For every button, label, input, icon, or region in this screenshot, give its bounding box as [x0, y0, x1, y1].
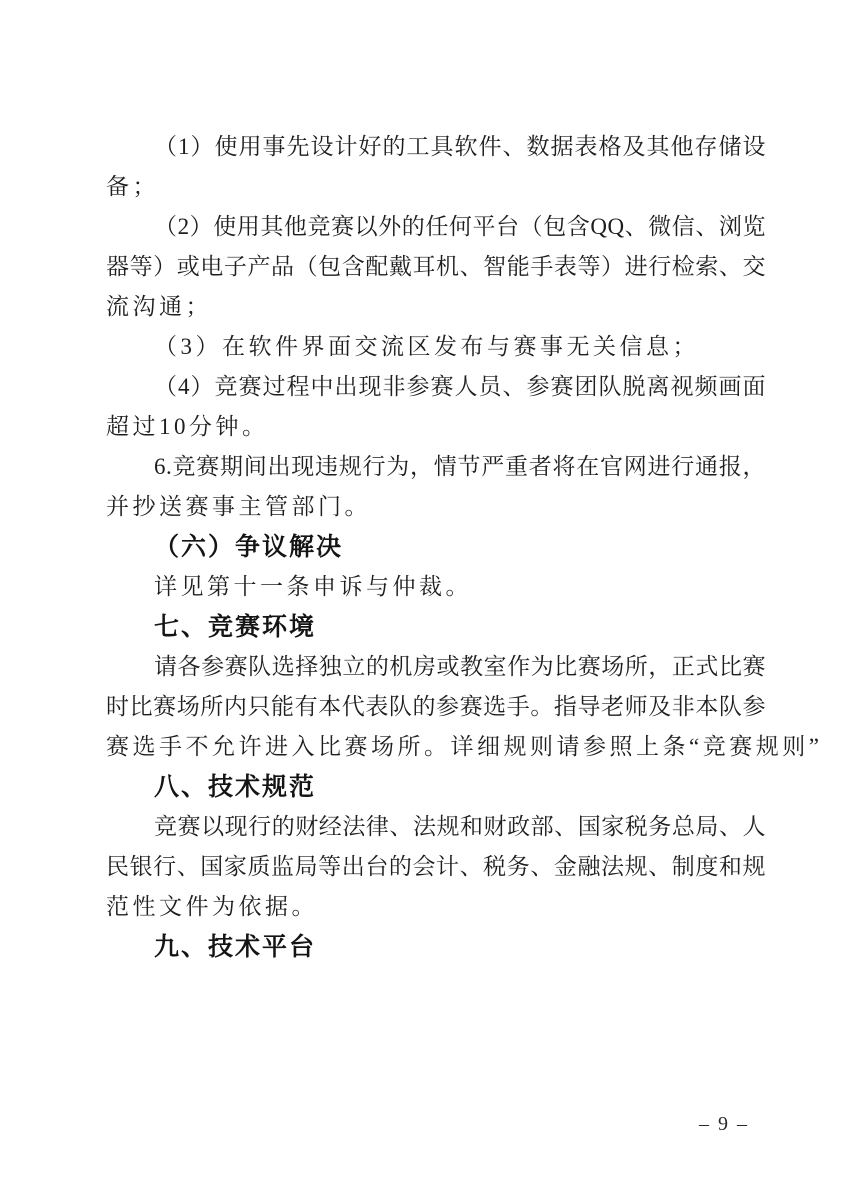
section-heading-technical-standards: 八、技术规范 — [106, 767, 766, 807]
body-text-line: 器等）或电子产品（包含配戴耳机、智能手表等）进行检索、交 — [106, 247, 766, 287]
body-text-line: 时比赛场所内只能有本代表队的参赛选手。指导老师及非本队参 — [106, 687, 766, 727]
body-text-line: 详见第十一条申诉与仲裁。 — [106, 567, 766, 607]
body-text-line: 赛选手不允许进入比赛场所。详细规则请参照上条“竞赛规则” — [106, 727, 766, 767]
section-heading-competition-environment: 七、竞赛环境 — [106, 607, 766, 647]
document-body: （1）使用事先设计好的工具软件、数据表格及其他存储设 备； （2）使用其他竞赛以… — [106, 127, 766, 967]
document-page: （1）使用事先设计好的工具软件、数据表格及其他存储设 备； （2）使用其他竞赛以… — [0, 0, 848, 1200]
body-text-line: 备； — [106, 167, 766, 207]
body-text-line: 并抄送赛事主管部门。 — [106, 487, 766, 527]
body-text-line: （3）在软件界面交流区发布与赛事无关信息； — [106, 327, 766, 367]
body-text-line: 6.竞赛期间出现违规行为，情节严重者将在官网进行通报， — [106, 447, 766, 487]
section-heading-dispute-resolution: （六）争议解决 — [106, 527, 766, 567]
body-text-line: （2）使用其他竞赛以外的任何平台（包含QQ、微信、浏览 — [106, 207, 766, 247]
body-text-line: （4）竞赛过程中出现非参赛人员、参赛团队脱离视频画面 — [106, 367, 766, 407]
body-text-line: 范性文件为依据。 — [106, 887, 766, 927]
body-text-line: 竞赛以现行的财经法律、法规和财政部、国家税务总局、人 — [106, 807, 766, 847]
body-text-line: 流沟通； — [106, 287, 766, 327]
body-text-line: 超过10分钟。 — [106, 407, 766, 447]
section-heading-technical-platform: 九、技术平台 — [106, 927, 766, 967]
page-number: – 9 – — [688, 1110, 760, 1138]
body-text-line: 请各参赛队选择独立的机房或教室作为比赛场所，正式比赛 — [106, 647, 766, 687]
body-text-line: 民银行、国家质监局等出台的会计、税务、金融法规、制度和规 — [106, 847, 766, 887]
body-text-line: （1）使用事先设计好的工具软件、数据表格及其他存储设 — [106, 127, 766, 167]
